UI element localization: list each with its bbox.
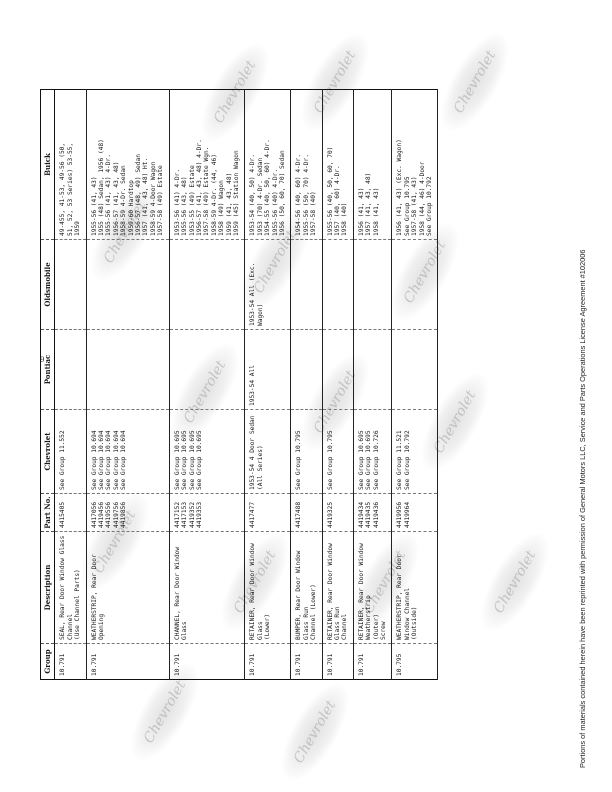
header-part-no: Part No. <box>41 494 55 532</box>
cell-chevrolet: See Group 10.695 See Group 10.695 See Gr… <box>353 410 392 494</box>
cell-description: RETAINER, Rear Door Window Weatherstrip … <box>353 532 392 644</box>
cell-chevrolet: See Group 10.695 See Group 10.695 See Gr… <box>169 410 245 494</box>
cell-chevrolet: See Group 10.795 <box>291 410 322 494</box>
cell-buick: 1956 (41, 43) (Exc. Wagon) See Group 10.… <box>392 90 438 240</box>
cell-oldsmobile <box>169 240 245 330</box>
cell-group: 10.791 <box>55 644 86 680</box>
cell-pontiac <box>169 330 245 410</box>
cell-part-no: 4419956 4419964 <box>392 494 438 532</box>
cell-chevrolet: See Group 11.552 <box>55 410 86 494</box>
cell-oldsmobile <box>392 240 438 330</box>
header-pontiac: Pontiac <box>41 330 55 410</box>
header-buick: Buick <box>41 90 55 240</box>
cell-part-no: 4417152 4417153 4419352 4419353 <box>169 494 245 532</box>
parts-table: Group Description Part No. Chevrolet Pon… <box>40 89 438 680</box>
table-header-row: Group Description Part No. Chevrolet Pon… <box>41 90 55 680</box>
table-row: 10.791 RETAINER, Rear Door Window Glass … <box>322 90 353 680</box>
cell-pontiac <box>55 330 86 410</box>
header-description: Description <box>41 532 55 644</box>
table-row: 10.791 BUMPER, Rear Door Window Glass Ru… <box>291 90 322 680</box>
cell-oldsmobile <box>353 240 392 330</box>
cell-description: RETAINER, Rear Door Window Glass (Lower) <box>245 532 291 644</box>
cell-group: 10.791 <box>169 644 245 680</box>
cell-oldsmobile <box>86 240 169 330</box>
cell-description: RETAINER, Rear Door Window Glass Run Cha… <box>322 532 353 644</box>
table-row: 10.791 RETAINER, Rear Door Window Weathe… <box>353 90 392 680</box>
cell-pontiac <box>86 330 169 410</box>
cell-description: BUMPER, Rear Door Window Glass Run Chann… <box>291 532 322 644</box>
table-row: 10.791 SEAL, Rear Door Window Glass Chan… <box>55 90 86 680</box>
cell-group: 10.791 <box>291 644 322 680</box>
cell-part-no: 4417477 <box>245 494 291 532</box>
cell-part-no: 4419325 <box>322 494 353 532</box>
cell-chevrolet: 1953-54 4 Door Sedan (All Series) <box>245 410 291 494</box>
cell-pontiac <box>392 330 438 410</box>
cell-pontiac <box>291 330 322 410</box>
cell-buick: 1953-54 (40, 50) 4-Dr. 1953 (70) 4-Dr. S… <box>245 90 291 240</box>
header-group: Group <box>41 644 55 680</box>
table-row: 10.795 WEATHERSTRIP, Rear Door Window Ch… <box>392 90 438 680</box>
cell-group: 10.791 <box>353 644 392 680</box>
cell-buick: 1955-56 (41, 43) 1955 (48) Sedan, 1956 (… <box>86 90 169 240</box>
cell-part-no: 4417488 <box>291 494 322 532</box>
cell-description: CHANNEL, Rear Door Window Glass <box>169 532 245 644</box>
cell-chevrolet: See Group 11.521 See Group 10.792 <box>392 410 438 494</box>
table-row: 10.791 RETAINER, Rear Door Window Glass … <box>245 90 291 680</box>
cell-part-no: 4419434 4419435 4419436 <box>353 494 392 532</box>
cell-buick: 1953-56 (41) 4-Dr. 1955-56 (43, 48) 1953… <box>169 90 245 240</box>
document-page: Chevrolet Chevrolet Chevrolet Chevrolet … <box>0 0 612 792</box>
cell-part-no: 4417056 4419456 4419556 4419756 4419856 <box>86 494 169 532</box>
cell-part-no: 4415405 <box>55 494 86 532</box>
cell-oldsmobile: 1953-54 All (Exc. Wagon) <box>245 240 291 330</box>
header-chevrolet: Chevrolet <box>41 410 55 494</box>
cell-oldsmobile <box>322 240 353 330</box>
table-row: 10.791 CHANNEL, Rear Door Window Glass 4… <box>169 90 245 680</box>
cell-buick: 1955-56 (40, 50, 60, 70) 1957 (40, 60) 4… <box>322 90 353 240</box>
cell-group: 10.791 <box>86 644 169 680</box>
cell-pontiac: 1953-54 All <box>245 330 291 410</box>
cell-description: WEATHERSTRIP, Rear Door Opening <box>86 532 169 644</box>
cell-buick: 1954-56 (40, 60) 4-Dr. 1955-56 (50, 70) … <box>291 90 322 240</box>
cell-buick: 1956 (41, 43) 1957 (41, 43, 48) 1958 (41… <box>353 90 392 240</box>
cell-buick: 49-455, 41-53, 49-56 (50, 51, 52, 53 Ser… <box>55 90 86 240</box>
cell-oldsmobile <box>55 240 86 330</box>
cell-group: 10.791 <box>245 644 291 680</box>
cell-group: 10.795 <box>392 644 438 680</box>
cell-oldsmobile <box>291 240 322 330</box>
cell-description: WEATHERSTRIP, Rear Door Window Channel (… <box>392 532 438 644</box>
cell-group: 10.791 <box>322 644 353 680</box>
rotated-table-container: Group Description Part No. Chevrolet Pon… <box>40 90 560 680</box>
cell-chevrolet: See Group 10.694 See Group 10.694 See Gr… <box>86 410 169 494</box>
watermark: Chevrolet <box>268 673 361 790</box>
cell-pontiac <box>322 330 353 410</box>
header-oldsmobile: Oldsmobile <box>41 240 55 330</box>
cell-chevrolet: See Group 10.795 <box>322 410 353 494</box>
copyright-footer: Portions of materials contained herein h… <box>578 68 587 768</box>
table-row: 10.791 WEATHERSTRIP, Rear Door Opening 4… <box>86 90 169 680</box>
cell-pontiac <box>353 330 392 410</box>
cell-description: SEAL, Rear Door Window Glass Channel (Us… <box>55 532 86 644</box>
